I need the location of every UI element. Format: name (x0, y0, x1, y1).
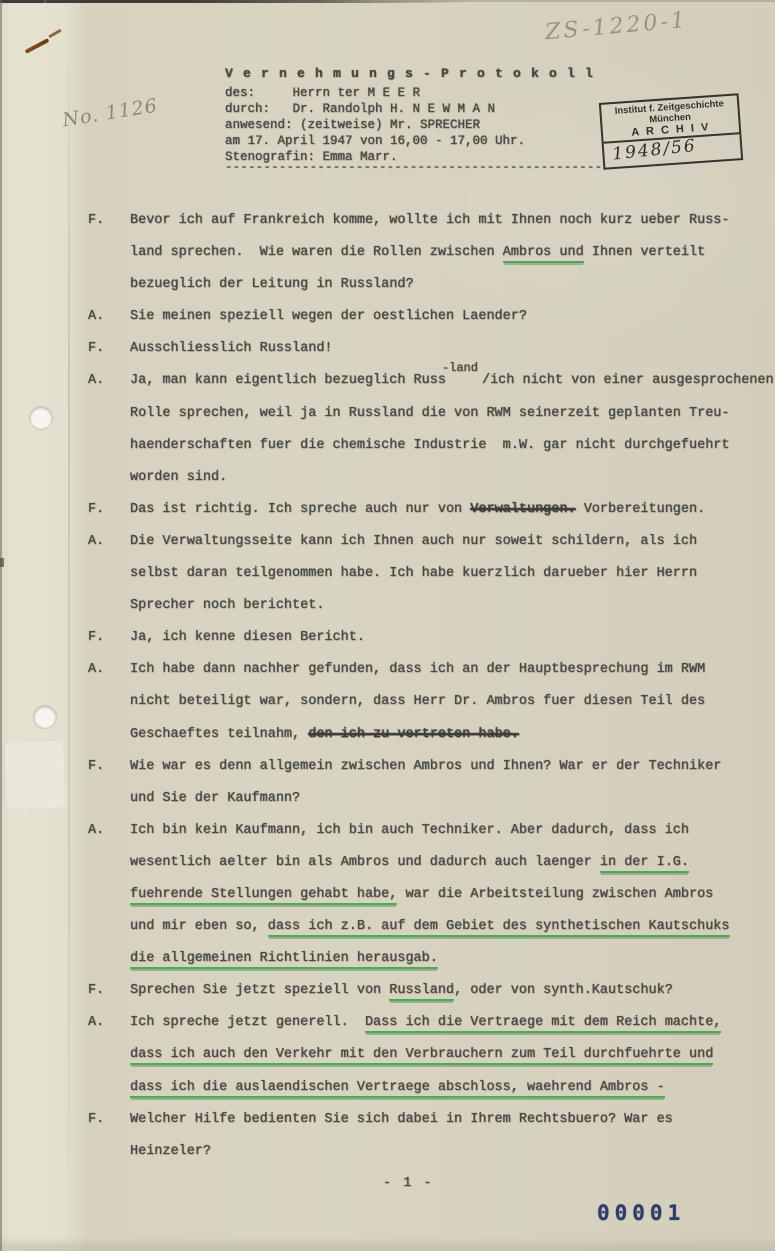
transcript-line: Heinzeler? (130, 1143, 211, 1175)
typed-text: Sprecher noch berichtet. (130, 598, 324, 613)
transcript-line: die allgemeinen Richtlinien herausgab. (130, 950, 438, 982)
transcript-line: land sprechen. Wie waren die Rollen zwis… (130, 244, 705, 276)
typed-text: Welcher Hilfe bedienten Sie sich dabei i… (130, 1112, 673, 1127)
transcript-line: nicht beteiligt war, sondern, dass Herr … (130, 693, 705, 725)
speaker-label (88, 244, 130, 276)
document-title: V e r n e h m u n g s - P r o t o k o l … (225, 66, 594, 81)
green-underlined-text: Russland (389, 983, 454, 1001)
typed-text: Bevor ich auf Frankreich komme, wollte i… (130, 213, 730, 228)
dashed-rule: ----------------------------------------… (225, 160, 603, 174)
typed-text: Sprechen Sie jetzt speziell von (130, 983, 389, 998)
transcript-row: bezueglich der Leitung in Russland? (88, 276, 748, 308)
transcript-line: Geschaeftes teilnahm, den ich zu vertret… (130, 726, 519, 758)
page-number: - 1 - (383, 1176, 434, 1191)
header-line: durch: Dr. Randolph H. N E W M A N (225, 101, 594, 117)
transcript-row: selbst daran teilgenommen habe. Ich habe… (88, 565, 748, 597)
transcript-line: Welcher Hilfe bedienten Sie sich dabei i… (130, 1111, 673, 1143)
transcript-row: haenderschaften fuer die chemische Indus… (88, 437, 748, 469)
typed-text: nicht beteiligt war, sondern, dass Herr … (130, 694, 705, 709)
document-page: ZS-1220-1 No. 1126 Institut f. Zeitgesch… (0, 0, 775, 1251)
transcript-row: A.Ja, man kann eigentlich bezueglich Rus… (88, 372, 748, 404)
transcript-line: Sie meinen speziell wegen der oestlichen… (130, 308, 527, 340)
typed-text: Ja, ich kenne diesen Bericht. (130, 630, 365, 645)
transcript-row: Sprecher noch berichtet. (88, 597, 748, 629)
transcript-line: wesentlich aelter bin als Ambros und dad… (130, 854, 689, 886)
transcript-row: und Sie der Kaufmann? (88, 790, 748, 822)
speaker-label (88, 1046, 130, 1078)
typed-text: Ihnen verteilt (584, 245, 706, 260)
transcript-line: Ich bin kein Kaufmann, ich bin auch Tech… (130, 822, 689, 854)
speaker-label: F. (88, 629, 130, 661)
typed-text: -land/ich nicht von einer ausgesprochene… (446, 373, 774, 388)
transcript-line: Bevor ich auf Frankreich komme, wollte i… (130, 212, 730, 244)
typed-text: bezueglich der Leitung in Russland? (130, 277, 414, 292)
transcript-line: Ausschliesslich Russland! (130, 340, 333, 372)
speaker-label: A. (88, 308, 130, 340)
speaker-label: A. (88, 1014, 130, 1046)
transcript-line: Wie war es denn allgemein zwischen Ambro… (130, 758, 721, 790)
transcript-row: F.Sprechen Sie jetzt speziell von Russla… (88, 982, 748, 1014)
transcript-line: Sprecher noch berichtet. (130, 597, 324, 629)
typed-text: Ich habe dann nachher gefunden, dass ich… (130, 662, 705, 677)
green-underlined-text: in der I.G. (600, 855, 689, 873)
green-underlined-text: dass ich z.B. auf dem Gebiet des synthet… (268, 919, 730, 937)
scan-edge-top-light (360, 0, 775, 2)
typed-text: Vorbereitungen. (576, 502, 706, 517)
transcript-row: land sprechen. Wie waren die Rollen zwis… (88, 244, 748, 276)
speaker-label: A. (88, 372, 130, 404)
typed-text: worden sind. (130, 470, 227, 485)
typed-text: Geschaeftes teilnahm, (130, 727, 308, 742)
transcript-row: Geschaeftes teilnahm, den ich zu vertret… (88, 726, 748, 758)
serial-number-stamp: 00001 (597, 1201, 685, 1225)
header-line: des: Herrn ter M E E R (225, 85, 594, 101)
typed-text: Ausschliesslich Russland! (130, 341, 333, 356)
header-line: anwesend: (zeitweise) Mr. SPRECHER (225, 117, 594, 133)
speaker-label: A. (88, 533, 130, 565)
speaker-label: F. (88, 212, 130, 244)
speaker-label (88, 950, 130, 982)
transcript-line: dass ich die auslaendischen Vertraege ab… (130, 1079, 665, 1111)
transcript-row: A.Ich habe dann nachher gefunden, dass i… (88, 661, 748, 693)
transcript-row: Rolle sprechen, weil ja in Russland die … (88, 405, 748, 437)
speaker-label (88, 886, 130, 918)
speaker-label (88, 469, 130, 501)
typed-text: Ja, man kann eigentlich bezueglich Russ (130, 373, 446, 388)
speaker-label (88, 790, 130, 822)
transcript-row: Heinzeler? (88, 1143, 748, 1175)
struck-text: den ich zu vertreten habe. (308, 727, 519, 742)
speaker-label (88, 276, 130, 308)
typed-text: Wie war es denn allgemein zwischen Ambro… (130, 759, 721, 774)
transcript-line: Das ist richtig. Ich spreche auch nur vo… (130, 501, 705, 533)
header-line: am 17. April 1947 von 16,00 - 17,00 Uhr. (225, 133, 594, 149)
speaker-label (88, 1079, 130, 1111)
transcript-line: Ich spreche jetzt generell. Dass ich die… (130, 1014, 721, 1046)
transcript-row: A.Die Verwaltungsseite kann ich Ihnen au… (88, 533, 748, 565)
transcript-row: A.Ich bin kein Kaufmann, ich bin auch Te… (88, 822, 748, 854)
speaker-label (88, 437, 130, 469)
typed-text: Das ist richtig. Ich spreche auch nur vo… (130, 502, 470, 517)
speaker-label: F. (88, 501, 130, 533)
green-underlined-text: fuehrende Stellungen gehabt habe, (130, 887, 397, 905)
speaker-label (88, 693, 130, 725)
transcript-line: dass ich auch den Verkehr mit den Verbra… (130, 1046, 713, 1078)
typed-text: war die Arbeitsteilung zwischen Ambros (397, 887, 713, 902)
transcript-row: dass ich auch den Verkehr mit den Verbra… (88, 1046, 748, 1078)
transcript-line: Ja, ich kenne diesen Bericht. (130, 629, 365, 661)
transcript-row: F.Bevor ich auf Frankreich komme, wollte… (88, 212, 748, 244)
speaker-label: A. (88, 661, 130, 693)
speaker-label: F. (88, 982, 130, 1014)
speaker-label (88, 1143, 130, 1175)
green-underlined-text: die allgemeinen Richtlinien herausgab. (130, 951, 438, 969)
transcript-line: Die Verwaltungsseite kann ich Ihnen auch… (130, 533, 697, 565)
struck-text: Verwaltungen. (470, 502, 575, 517)
speaker-label: F. (88, 340, 130, 372)
transcript-row: F.Ja, ich kenne diesen Bericht. (88, 629, 748, 661)
paper-light-patch (5, 741, 65, 809)
transcript-row: F.Welcher Hilfe bedienten Sie sich dabei… (88, 1111, 748, 1143)
typed-text: wesentlich aelter bin als Ambros und dad… (130, 855, 600, 870)
transcript-line: bezueglich der Leitung in Russland? (130, 276, 414, 308)
typed-text: Rolle sprechen, weil ja in Russland die … (130, 406, 730, 421)
transcript-row: fuehrende Stellungen gehabt habe, war di… (88, 886, 748, 918)
typed-text: Ich bin kein Kaufmann, ich bin auch Tech… (130, 823, 689, 838)
typed-text: und mir eben so, (130, 919, 268, 934)
punch-hole-top (30, 407, 52, 429)
document-header: V e r n e h m u n g s - P r o t o k o l … (225, 66, 594, 165)
speaker-label (88, 854, 130, 886)
typed-text: haenderschaften fuer die chemische Indus… (130, 438, 730, 453)
typed-text: Sie meinen speziell wegen der oestlichen… (130, 309, 527, 324)
green-underlined-text: dass ich die auslaendischen Vertraege ab… (130, 1080, 665, 1098)
typed-text: Ich spreche jetzt generell. (130, 1015, 365, 1030)
transcript-row: F.Das ist richtig. Ich spreche auch nur … (88, 501, 748, 533)
transcript-line: haenderschaften fuer die chemische Indus… (130, 437, 730, 469)
speaker-label (88, 405, 130, 437)
typed-text: Heinzeler? (130, 1144, 211, 1159)
transcript-line: selbst daran teilgenommen habe. Ich habe… (130, 565, 697, 597)
transcript-row: dass ich die auslaendischen Vertraege ab… (88, 1079, 748, 1111)
transcript-line: Ich habe dann nachher gefunden, dass ich… (130, 661, 705, 693)
green-underlined-text: Ambros und (503, 245, 584, 263)
speaker-label: A. (88, 822, 130, 854)
transcript-line: worden sind. (130, 469, 227, 501)
transcript-row: F.Wie war es denn allgemein zwischen Amb… (88, 758, 748, 790)
paper-fold-line (68, 0, 70, 1251)
speaker-label (88, 918, 130, 950)
typed-text: und Sie der Kaufmann? (130, 791, 300, 806)
qa-transcript: F.Bevor ich auf Frankreich komme, wollte… (88, 212, 748, 1175)
transcript-row: die allgemeinen Richtlinien herausgab. (88, 950, 748, 982)
transcript-line: fuehrende Stellungen gehabt habe, war di… (130, 886, 713, 918)
edge-speck (0, 558, 4, 567)
green-underlined-text: Dass ich die Vertraege mit dem Reich mac… (365, 1015, 721, 1033)
transcript-row: A.Sie meinen speziell wegen der oestlich… (88, 308, 748, 340)
pencil-reference-number: ZS-1220-1 (544, 8, 689, 45)
transcript-row: und mir eben so, dass ich z.B. auf dem G… (88, 918, 748, 950)
paper-scratch (21, 0, 110, 77)
transcript-row: wesentlich aelter bin als Ambros und dad… (88, 854, 748, 886)
transcript-row: nicht beteiligt war, sondern, dass Herr … (88, 693, 748, 725)
transcript-row: worden sind. (88, 469, 748, 501)
archive-stamp: Institut f. Zeitgeschichte München A R C… (599, 93, 743, 170)
speaker-label: F. (88, 1111, 130, 1143)
speaker-label (88, 565, 130, 597)
green-underlined-text: dass ich auch den Verkehr mit den Verbra… (130, 1047, 713, 1065)
transcript-row: A.Ich spreche jetzt generell. Dass ich d… (88, 1014, 748, 1046)
pencil-archive-number: No. 1126 (61, 95, 159, 132)
punch-hole-bottom (34, 706, 56, 728)
transcript-line: und Sie der Kaufmann? (130, 790, 300, 822)
transcript-line: Rolle sprechen, weil ja in Russland die … (130, 405, 730, 437)
speaker-label (88, 597, 130, 629)
typed-text: selbst daran teilgenommen habe. Ich habe… (130, 566, 697, 581)
transcript-line: Ja, man kann eigentlich bezueglich Russ-… (130, 372, 774, 404)
scan-edge-left (0, 0, 2, 1251)
typed-text: Die Verwaltungsseite kann ich Ihnen auch… (130, 534, 697, 549)
header-meta-lines: des: Herrn ter M E E Rdurch: Dr. Randolp… (225, 85, 594, 165)
transcript-line: und mir eben so, dass ich z.B. auf dem G… (130, 918, 730, 950)
speaker-label (88, 726, 130, 758)
typed-text: land sprechen. Wie waren die Rollen zwis… (130, 245, 503, 260)
speaker-label: F. (88, 758, 130, 790)
typed-text: , oder von synth.Kautschuk? (454, 983, 673, 998)
typed-insertion-above-line: -land (442, 361, 478, 375)
transcript-row: F.Ausschliesslich Russland! (88, 340, 748, 372)
transcript-line: Sprechen Sie jetzt speziell von Russland… (130, 982, 673, 1014)
